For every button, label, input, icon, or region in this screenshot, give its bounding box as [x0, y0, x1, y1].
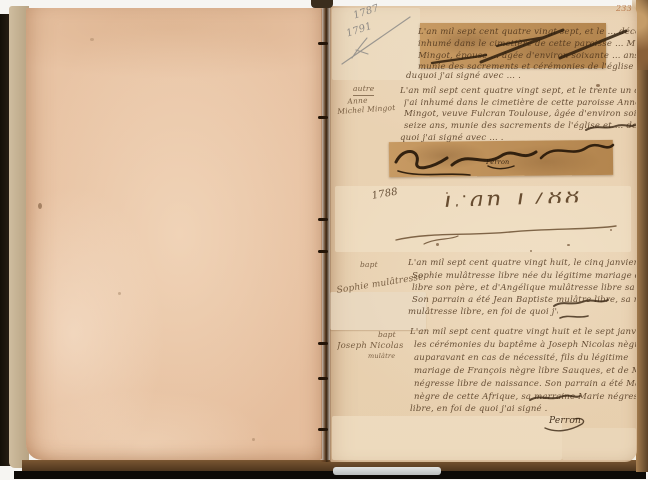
- margin-note-bapt: bapt: [378, 329, 396, 340]
- ink-speck: [446, 192, 448, 194]
- page-edge-sliver: [333, 467, 441, 475]
- spine-stitch: [318, 250, 328, 253]
- paper-stain: [252, 438, 255, 441]
- priest-signature: Perron: [549, 416, 581, 427]
- manuscript-line: L'an mil sept cent quatre vingt sept, et…: [400, 86, 636, 97]
- manuscript-line: auparavant en cas de nécessité, fils du …: [414, 353, 636, 364]
- ink-speck: [596, 84, 600, 87]
- manuscript-line: seize ans, munie des sacrements de l'égl…: [404, 121, 636, 132]
- manuscript-line: négresse libre de naissance. Son parrain…: [414, 379, 636, 390]
- left-page-blank: [26, 8, 322, 460]
- manuscript-line: j'ai inhumé dans le cimetière de cette p…: [404, 98, 636, 109]
- manuscript-line: inhumé dans le cimetière de cette parois…: [418, 39, 636, 50]
- ink-speck: [610, 229, 612, 231]
- manuscript-line: Mingot, épouse … âgée d'environ soixante…: [418, 51, 636, 62]
- manuscript-line: libre, en foi de quoi j'ai signé .: [410, 404, 550, 415]
- ink-speck: [567, 244, 570, 246]
- manuscript-line: quoi j'ai signé avec … .: [400, 133, 580, 144]
- spine-stitch: [318, 377, 328, 380]
- ink-speck: [436, 243, 439, 246]
- book-spine: [321, 6, 331, 462]
- paper-stain: [118, 292, 121, 295]
- book-cover-right-edge: [636, 0, 648, 472]
- spine-stitch: [318, 428, 328, 431]
- spine-stitch: [318, 342, 328, 345]
- paper-patch: [332, 416, 562, 460]
- manuscript-line: mariage de François nègre libre Sauques,…: [414, 366, 636, 377]
- margin-note-name: mulâtre: [368, 351, 395, 362]
- paper-stain: [38, 203, 42, 209]
- manuscript-line: Son parrain a été Jean Baptiste mulâtre …: [412, 295, 636, 306]
- paper-patch: [332, 8, 420, 80]
- spine-stitch: [318, 116, 328, 119]
- slip-signature-name: Perron: [486, 157, 509, 168]
- register-scan: 233 1787 1791 L'an mil sept cent quatre …: [0, 0, 648, 480]
- manuscript-line: libre son père, et d'Angélique mulâtress…: [412, 283, 636, 294]
- spine-top-nick: [311, 0, 333, 8]
- manuscript-line: L'an mil sept cent quatre vingt sept, et…: [418, 27, 636, 38]
- book-bottom-shadow: [14, 471, 646, 479]
- manuscript-line: L'an mil sept cent quatre vingt huit, le…: [408, 258, 636, 269]
- manuscript-line: L'an mil sept cent quatre vingt huit et …: [410, 327, 636, 338]
- ink-speck: [530, 250, 532, 252]
- manuscript-line: mulâtresse libre, en foi de quoi j'ai si…: [408, 307, 558, 318]
- manuscript-line: les cérémonies du baptême à Joseph Nicol…: [414, 340, 636, 351]
- paper-patch: [562, 428, 636, 460]
- spine-stitch: [318, 42, 328, 45]
- paper-stain: [90, 38, 94, 41]
- manuscript-line: nègre de cette Afrique, sa marraine Mari…: [414, 392, 636, 403]
- margin-note-bapt: bapt: [360, 259, 378, 270]
- spine-stitch: [318, 218, 328, 221]
- manuscript-line: Mingot, veuve Fulcran Toulouse, âgée d'e…: [404, 109, 636, 120]
- manuscript-line: Sophie mulâtresse libre née du légitime …: [412, 271, 636, 282]
- manuscript-line: duquoi j'ai signé avec … .: [406, 71, 606, 82]
- folio-number: 233: [616, 3, 632, 14]
